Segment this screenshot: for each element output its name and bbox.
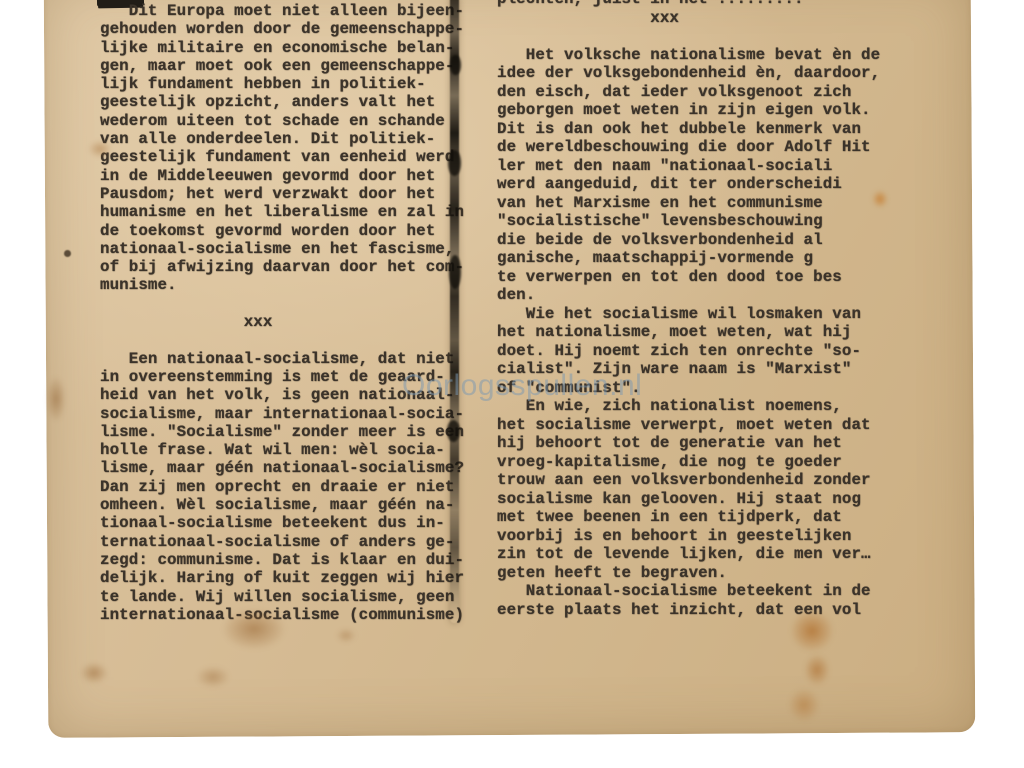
rust-dot: [872, 190, 888, 208]
rust-stain: [788, 688, 820, 722]
fold-ink-blob: [450, 55, 461, 75]
fold-ink-blob: [449, 255, 461, 289]
brown-stain: [196, 666, 230, 688]
watermark-text: Oorlogsspullen.nl: [402, 369, 642, 403]
ink-speck: [64, 250, 71, 257]
brown-stain: [80, 662, 108, 684]
brown-stain: [336, 628, 356, 643]
rust-stain: [790, 610, 834, 652]
fold-ink-blob: [448, 150, 461, 176]
fold-ink-blob: [447, 420, 460, 442]
brown-stain: [88, 140, 112, 158]
fold-crease-line: [450, 0, 459, 623]
right-column-text: plechten, juist in het ......... xxx Het…: [497, 0, 880, 619]
document-photo: Dit Europa moet niet alleen bijeen- geho…: [0, 0, 1024, 768]
left-column-text: Dit Europa moet niet alleen bijeen- geho…: [100, 2, 464, 624]
rust-stain: [804, 654, 830, 686]
edge-stain: [46, 376, 66, 422]
brown-stain: [222, 608, 286, 650]
